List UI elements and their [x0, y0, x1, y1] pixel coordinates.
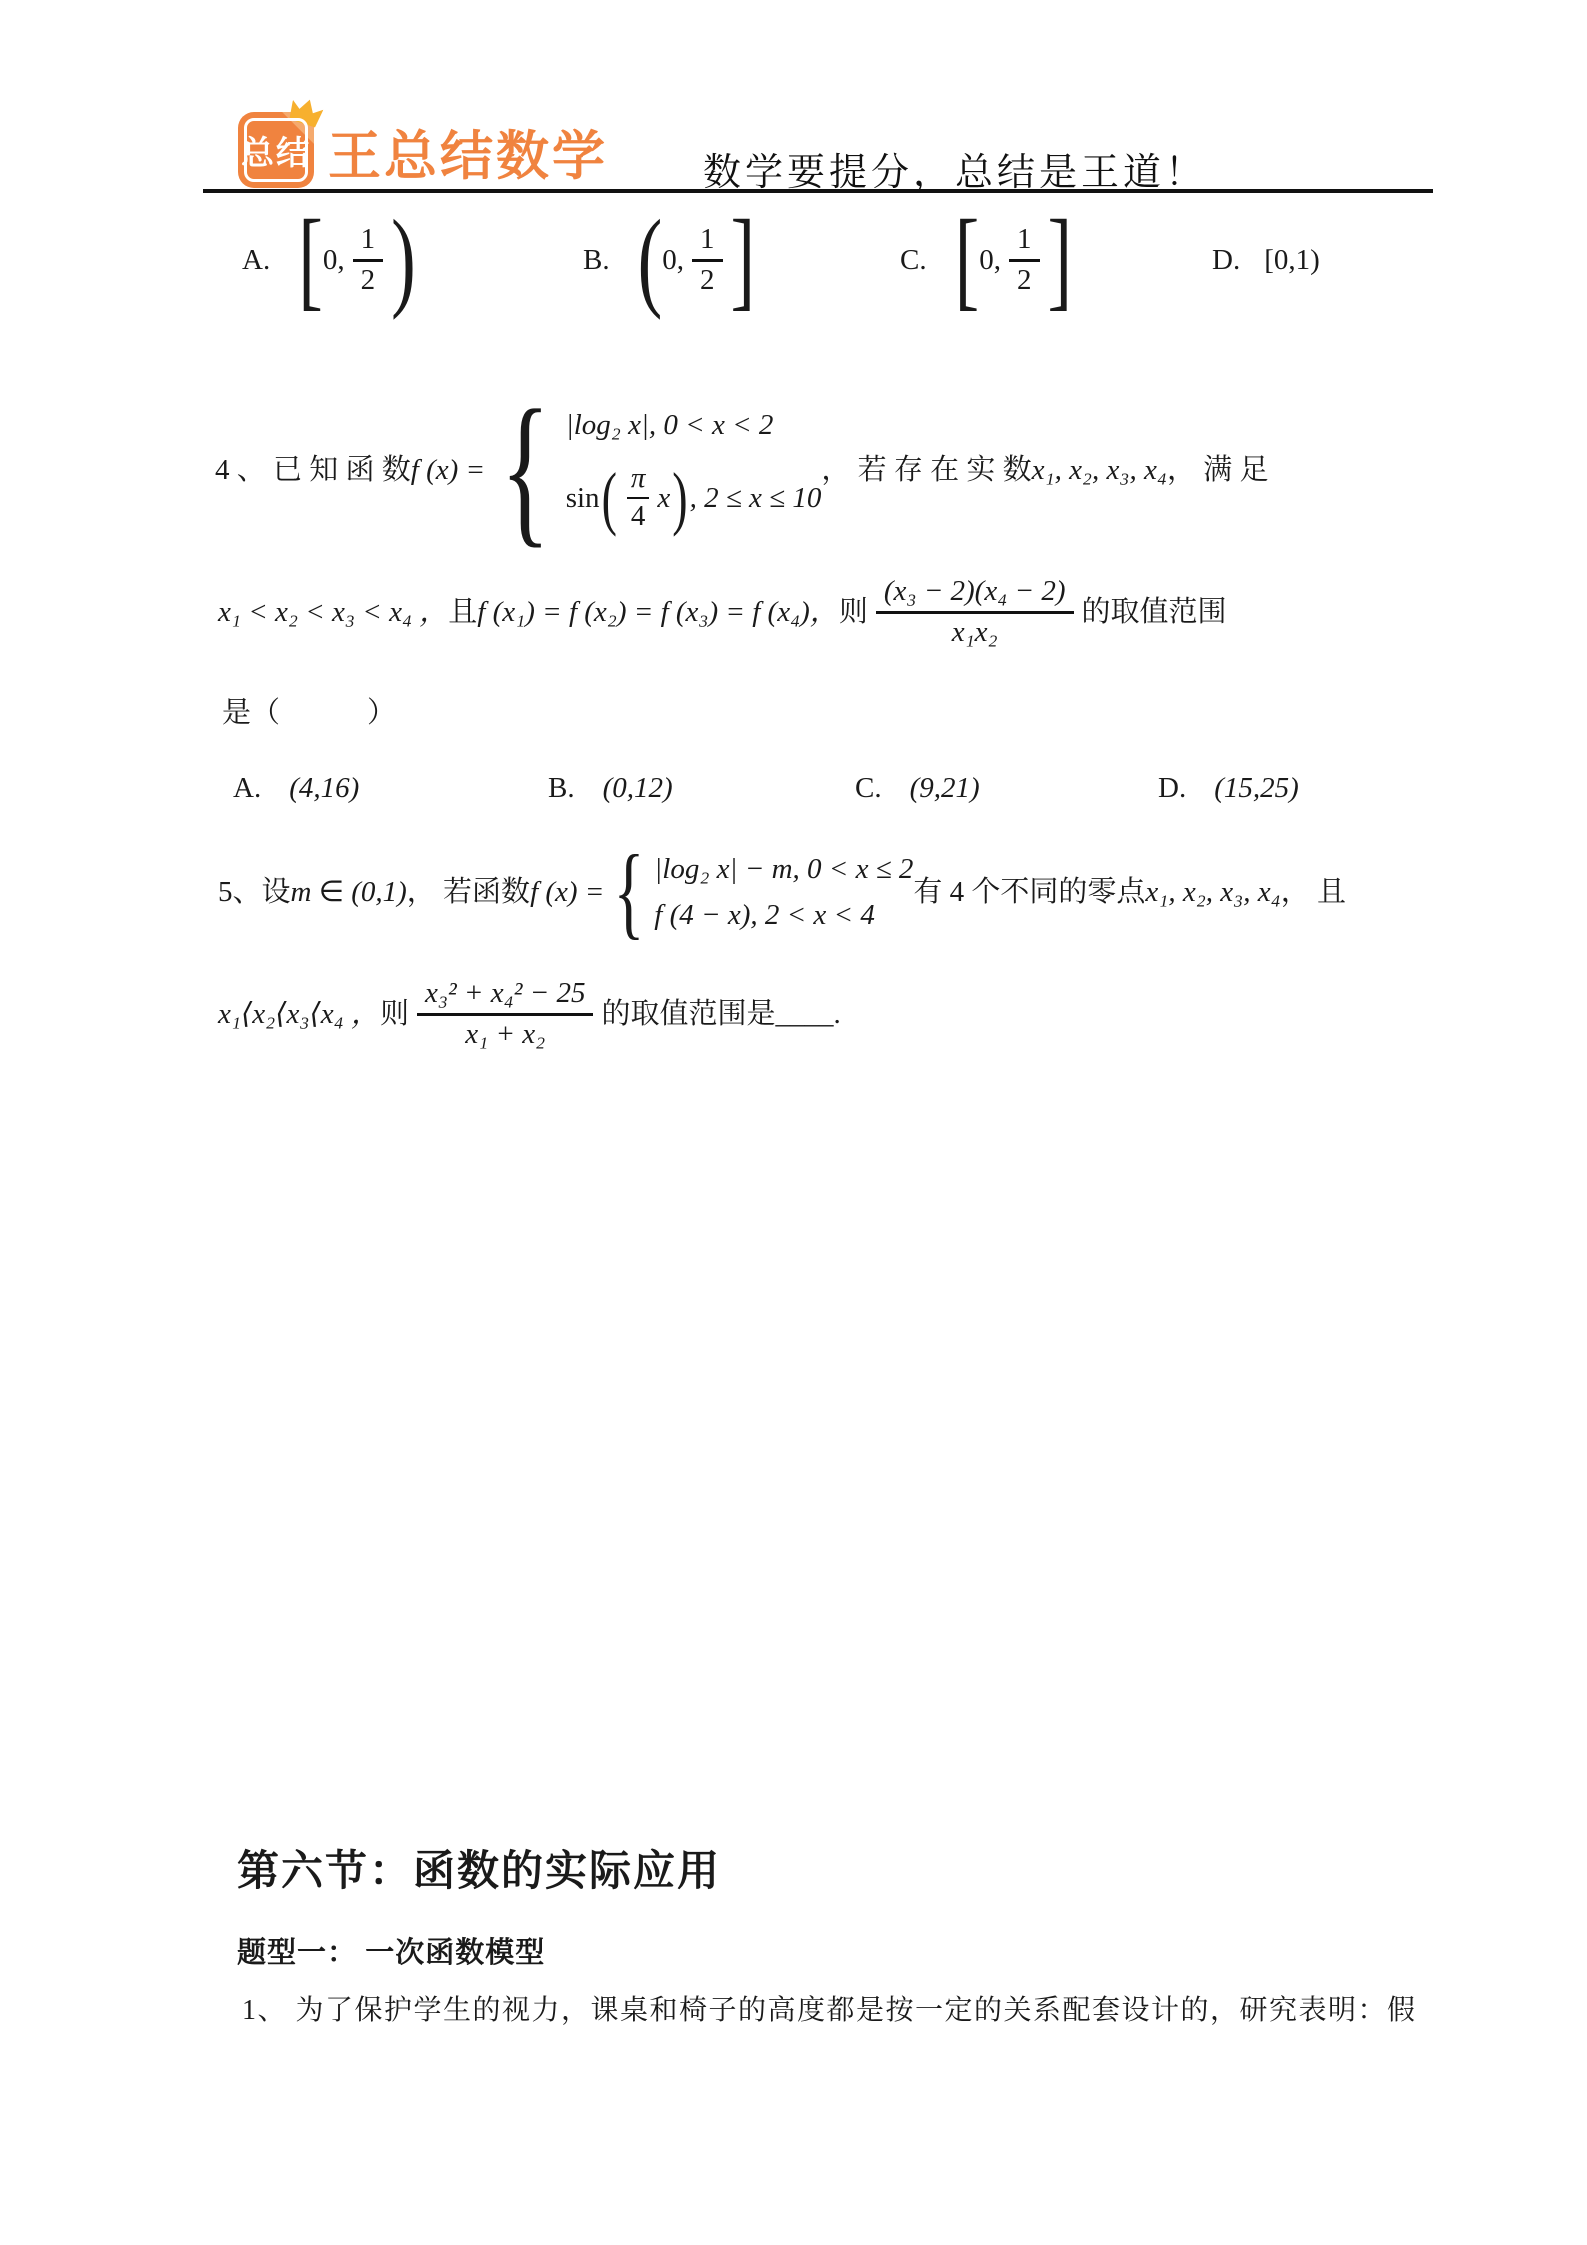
q4-option-b-value: (0,12) — [603, 772, 673, 805]
section-subtitle: 题型一： 一次函数模型 — [237, 1930, 545, 1971]
worksheet-page: 总结 王总结数学 数学要提分，总结是王道！ A. [ 0, 1 2 ) B. (… — [0, 0, 1587, 2245]
interval-lower: 0, — [662, 244, 684, 277]
q5-fx: f (x) = — [530, 874, 604, 910]
fraction-one-half: 1 2 — [692, 224, 723, 297]
left-paren: ( — [638, 205, 663, 316]
q4-option-a-label: A. — [233, 772, 261, 805]
q4-qie: 且 — [448, 594, 477, 630]
q4-line2: x₁ < x₂ < x₃ < x₄ ， 且 f (x₁) = f (x₂) = … — [218, 556, 1227, 668]
q4-fx: f (x) = — [411, 452, 485, 488]
option-d-interval: D. [0,1) — [1212, 202, 1320, 318]
q5-m-domain: m ∈ (0,1) — [291, 874, 407, 910]
q5-ze: 则 — [380, 996, 409, 1032]
fraction-denominator: 2 — [1017, 262, 1032, 297]
q4-option-b-label: B. — [548, 772, 575, 805]
fraction-numerator: (x₃ − 2)(x₄ − 2) — [876, 576, 1074, 614]
fraction-numerator: π — [627, 463, 650, 499]
left-bracket: [ — [298, 205, 323, 316]
q5-zeros-text: 有 4 个不同的零点 — [913, 874, 1145, 910]
q4-option-d: D. (15,25) — [1158, 760, 1299, 816]
q4-case1: |log₂ x|, 0 < x < 2 — [566, 407, 822, 443]
q5-number: 5、设 — [218, 874, 291, 910]
option-b-interval: B. ( 0, 1 2 ] — [583, 202, 755, 318]
option-d-value: [0,1) — [1264, 244, 1320, 277]
q5-answer-blank: ____. — [775, 996, 840, 1032]
q4-option-c-label: C. — [855, 772, 882, 805]
q5-roots-list: x₁, x₂, x₃, x₄ — [1145, 874, 1280, 910]
q4-option-a: A. (4,16) — [233, 760, 359, 816]
q5-case1: |log₂ x| − m, 0 < x ≤ 2 — [654, 851, 913, 887]
q4-option-c-value: (9,21) — [910, 772, 980, 805]
right-paren: ) — [672, 462, 687, 533]
right-bracket: ] — [1048, 205, 1073, 316]
q4-option-b: B. (0,12) — [548, 760, 673, 816]
q4-number-and-intro: 4 、 已 知 函 数 — [215, 452, 411, 488]
brand-logo-badge: 总结 — [238, 112, 314, 188]
q4-case2: sin ( π 4 x ) , 2 ≤ x ≤ 10 — [566, 463, 822, 533]
fraction-one-half: 1 2 — [353, 224, 384, 297]
left-paren: ( — [602, 462, 617, 533]
sin-label: sin — [566, 480, 600, 516]
q4-feq: f (x₁) = f (x₂) = f (x₃) = f (x₄)， — [477, 594, 839, 630]
piecewise-brace: { — [614, 845, 645, 939]
q4-option-c: C. (9,21) — [855, 760, 980, 816]
fraction-numerator: 1 — [692, 224, 723, 262]
fraction-denominator: x₁ + x₂ — [465, 1016, 545, 1051]
q5-iffunc-text: ， 若函数 — [407, 874, 530, 910]
q4-roots-list: x₁, x₂, x₃, x₄ — [1032, 452, 1167, 488]
section-question-1: 1、 为了保护学生的视力，课桌和椅子的高度都是按一定的关系配套设计的，研究表明：… — [242, 1988, 1417, 2028]
option-c-interval: C. [ 0, 1 2 ] — [900, 202, 1072, 318]
q4-exists-text: ， 若 存 在 实 数 — [821, 452, 1031, 488]
q4-ze: 则 — [839, 594, 868, 630]
q4-option-d-label: D. — [1158, 772, 1186, 805]
fraction-numerator: 1 — [1009, 224, 1040, 262]
q5-and-text: ， 且 — [1281, 874, 1346, 910]
option-a-label: A. — [242, 244, 270, 277]
brand-wordmark: 王总结数学 — [328, 114, 608, 190]
option-a-interval: A. [ 0, 1 2 ) — [242, 202, 416, 318]
fraction-numerator: 1 — [353, 224, 384, 262]
option-b-label: B. — [583, 244, 610, 277]
q4-line3: 是（ ） — [222, 690, 396, 731]
q4-option-a-value: (4,16) — [289, 772, 359, 805]
header-rule — [203, 189, 1433, 193]
q4-case2-cond: , 2 ≤ x ≤ 10 — [690, 480, 822, 516]
piecewise-brace: { — [500, 394, 550, 545]
fraction-numerator: x₃² + x₄² − 25 — [417, 978, 593, 1016]
brand-slogan: 数学要提分，总结是王道！ — [703, 141, 1207, 196]
q5-target-fraction: x₃² + x₄² − 25 x₁ + x₂ — [417, 978, 593, 1051]
q5-line2: x₁⟨x₂⟨x₃⟨x₄ ， 则 x₃² + x₄² − 25 x₁ + x₂ 的… — [218, 950, 841, 1078]
q5-case2: f (4 − x), 2 < x < 4 — [654, 897, 913, 933]
q5-cases: |log₂ x| − m, 0 < x ≤ 2 f (4 − x), 2 < x… — [654, 851, 913, 934]
fraction-denominator: 2 — [361, 262, 376, 297]
fraction-denominator: 2 — [700, 262, 715, 297]
q4-target-fraction: (x₃ − 2)(x₄ − 2) x₁x₂ — [876, 576, 1074, 649]
q5-line1: 5、设 m ∈ (0,1) ， 若函数 f (x) = { |log₂ x| −… — [218, 832, 1346, 952]
q4-range-text: 的取值范围 — [1082, 594, 1227, 630]
right-paren: ) — [391, 205, 416, 316]
q4-cases: |log₂ x|, 0 < x < 2 sin ( π 4 x ) , 2 ≤ … — [566, 407, 822, 533]
q4-chain: x₁ < x₂ < x₃ < x₄ ， — [218, 594, 448, 630]
right-bracket: ] — [731, 205, 756, 316]
q5-range-text: 的取值范围是 — [601, 996, 775, 1032]
fraction-denominator: x₁x₂ — [952, 614, 998, 649]
option-d-label: D. — [1212, 244, 1240, 277]
q4-line1: 4 、 已 知 函 数 f (x) = { |log₂ x|, 0 < x < … — [215, 384, 1268, 556]
q4-option-d-value: (15,25) — [1214, 772, 1299, 805]
pi-over-4: π 4 — [627, 463, 650, 533]
q4-satisfy-text: ， 满 足 — [1167, 452, 1269, 488]
q4-case2-x: x — [657, 480, 670, 516]
fraction-one-half: 1 2 — [1009, 224, 1040, 297]
left-bracket: [ — [955, 205, 980, 316]
interval-lower: 0, — [979, 244, 1001, 277]
q5-chain: x₁⟨x₂⟨x₃⟨x₄ ， — [218, 996, 380, 1032]
section-title: 第六节：函数的实际应用 — [237, 1838, 721, 1898]
option-c-label: C. — [900, 244, 927, 277]
fraction-denominator: 4 — [631, 499, 646, 533]
badge-label: 总结 — [238, 112, 314, 188]
interval-lower: 0, — [323, 244, 345, 277]
